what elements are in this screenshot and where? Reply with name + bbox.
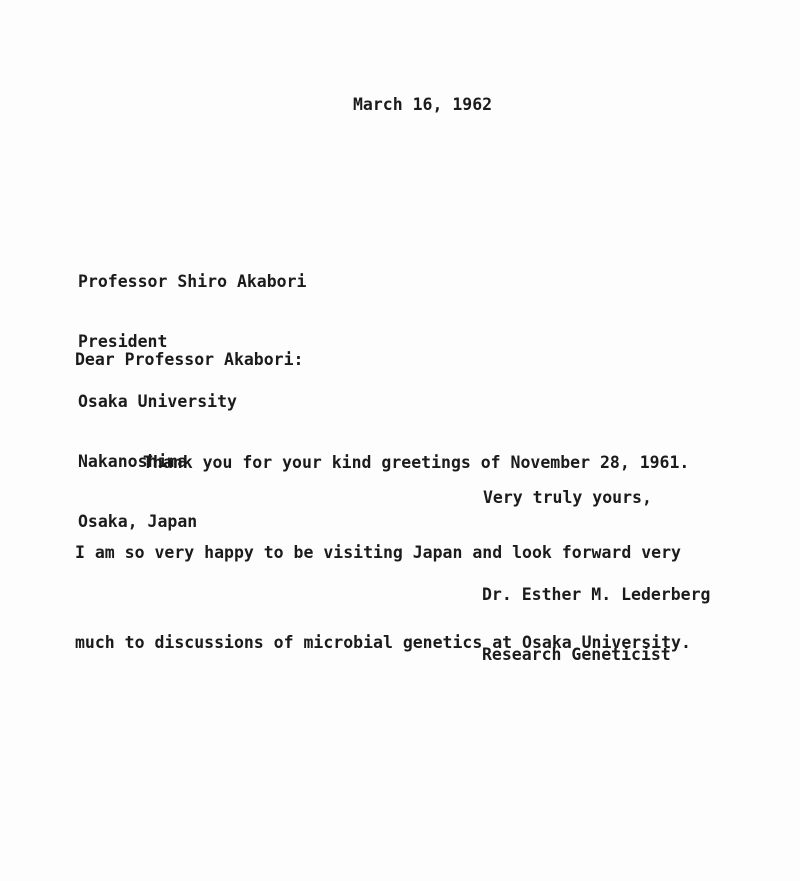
closing: Very truly yours, [483,488,652,508]
body-line: Thank you for your kind greetings of Nov… [75,448,691,478]
address-line-position: President [78,332,306,352]
signer-title: Research Geneticist [482,645,710,665]
signer-name: Dr. Esther M. Lederberg [482,585,710,605]
letter-page: March 16, 1962 Professor Shiro Akabori P… [0,0,800,881]
address-line-name: Professor Shiro Akabori [78,272,306,292]
salutation: Dear Professor Akabori: [75,350,303,370]
signature-block: Dr. Esther M. Lederberg Research Genetic… [482,545,710,705]
letter-date: March 16, 1962 [353,95,492,115]
